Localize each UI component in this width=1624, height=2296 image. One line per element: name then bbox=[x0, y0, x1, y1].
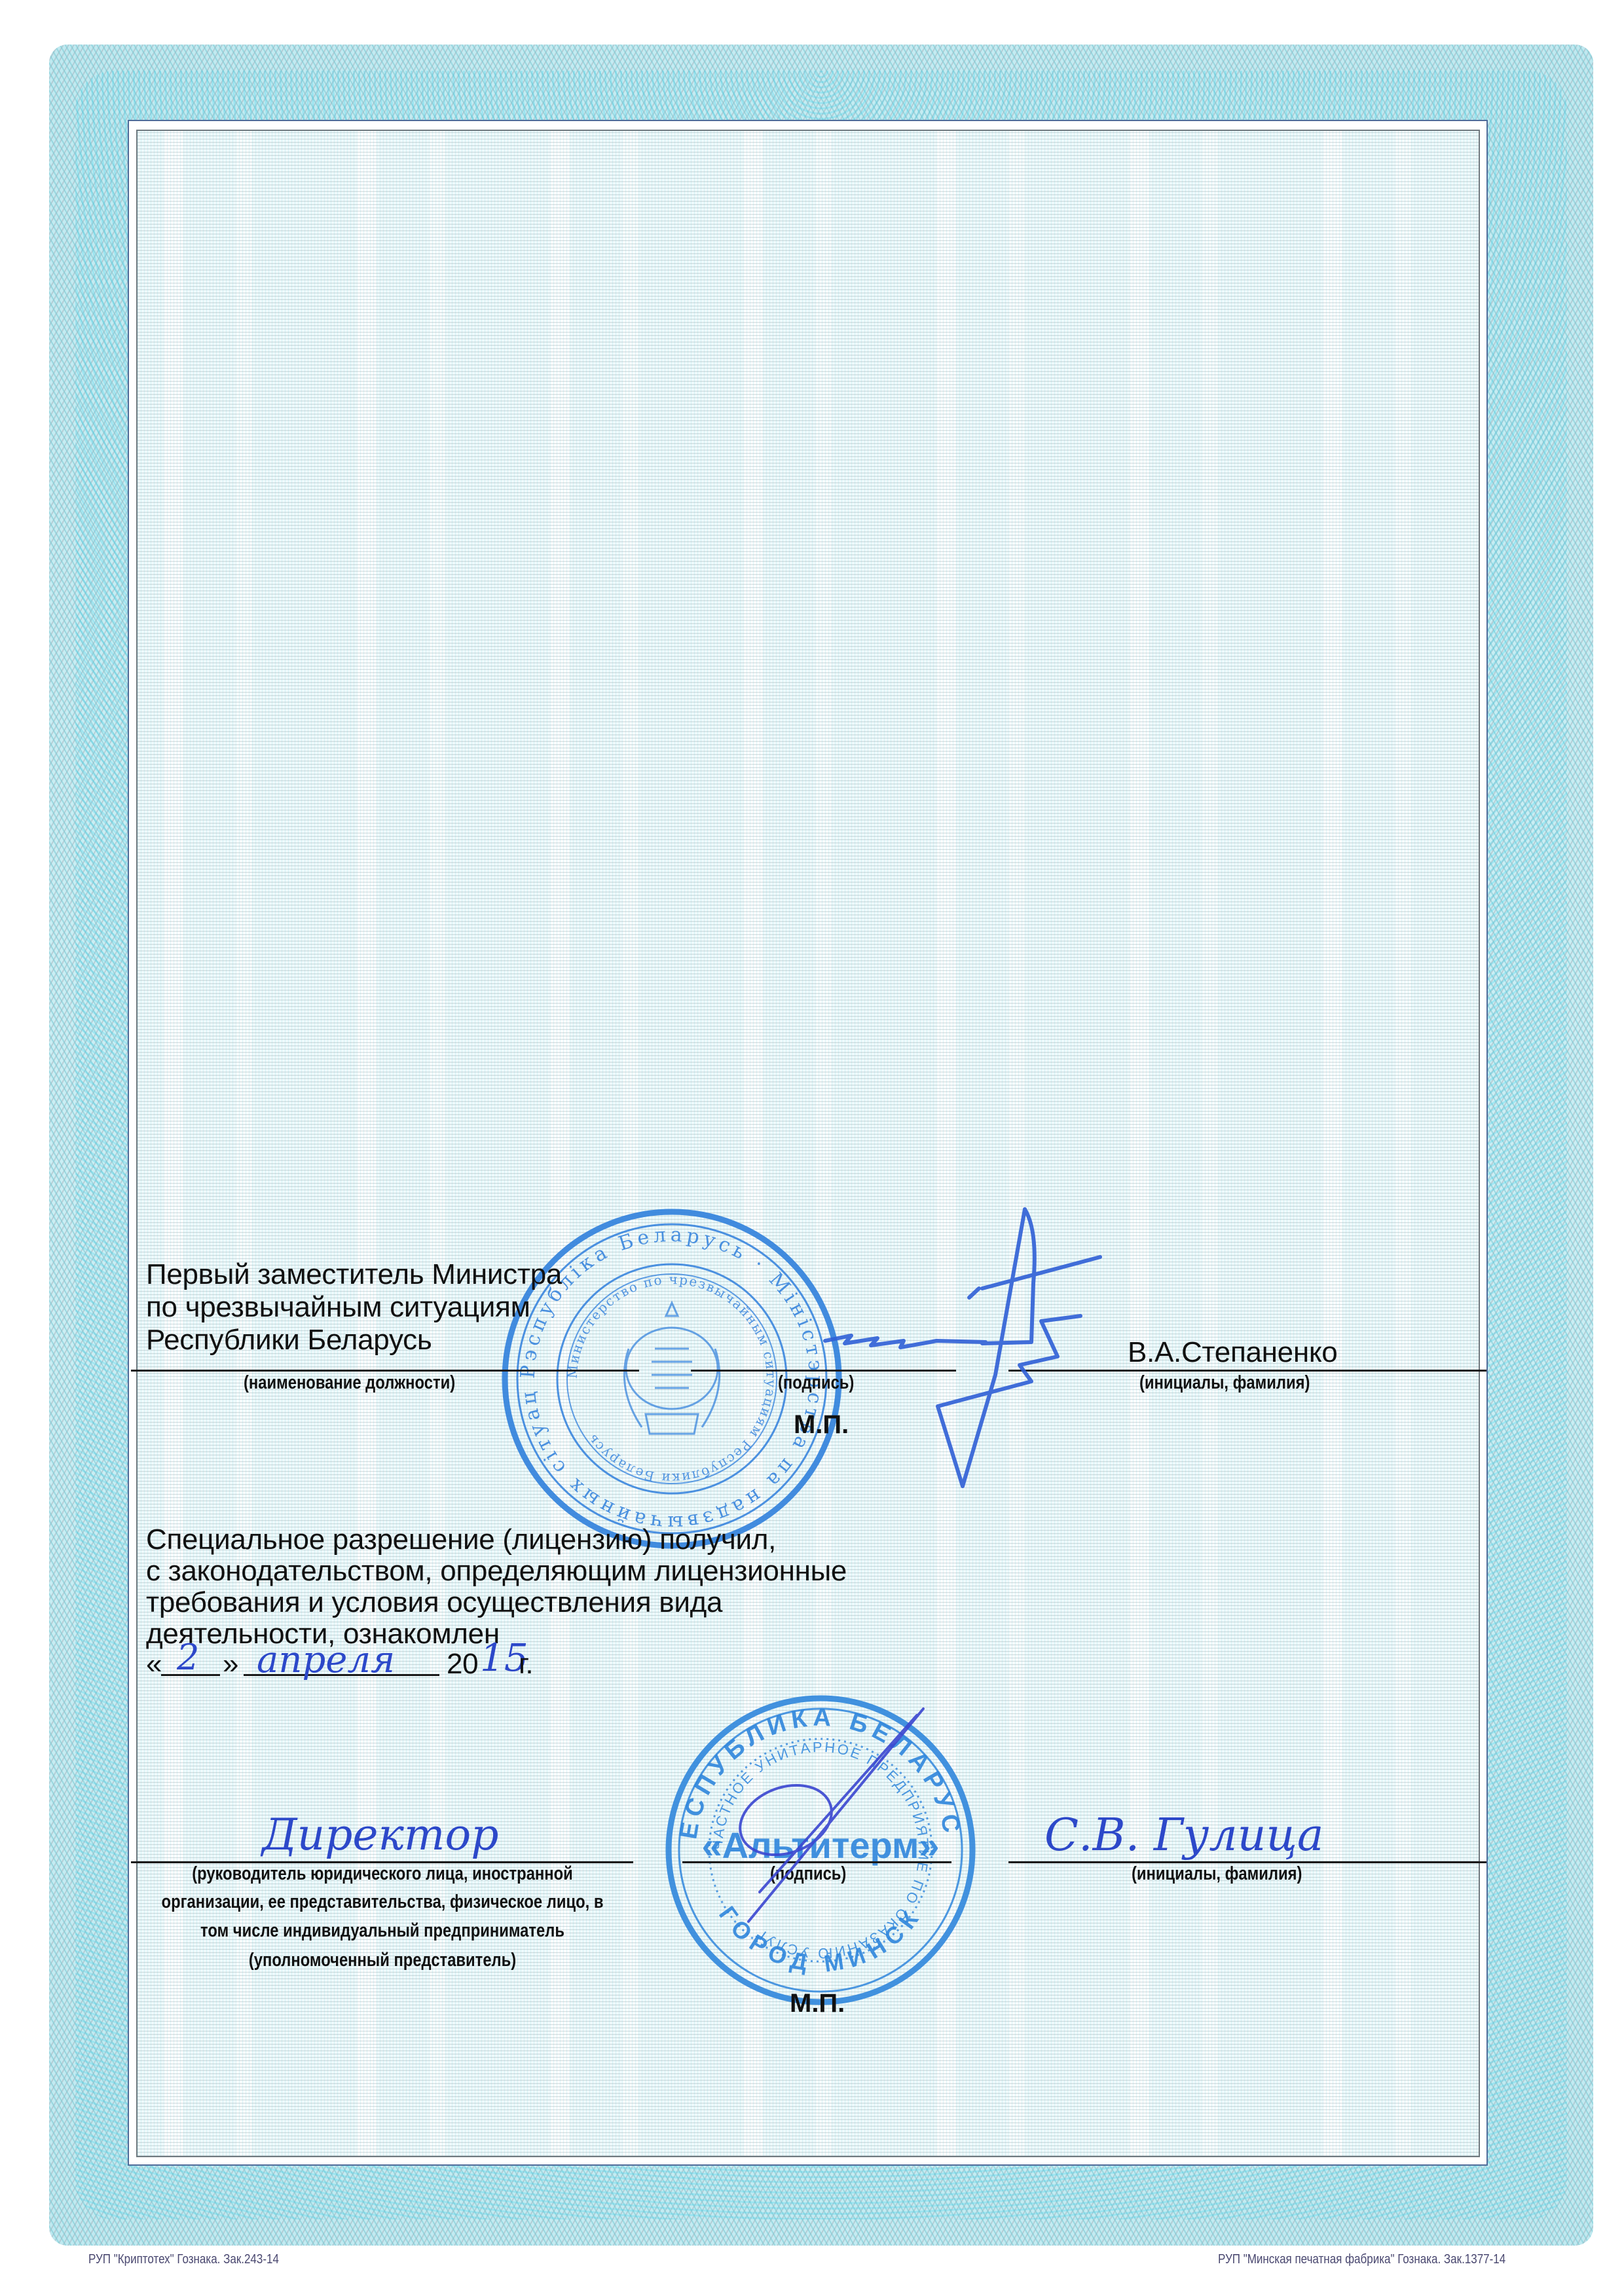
footer-printer-left: РУП "Криптотех" Гознака. Зак.243-14 bbox=[88, 2252, 279, 2267]
signatures-layer bbox=[0, 0, 1624, 2296]
licensee-signature-icon bbox=[730, 1709, 923, 1922]
footer-printer-right: РУП "Минская печатная фабрика" Гознака. … bbox=[1218, 2252, 1505, 2267]
issuer-signature-icon bbox=[825, 1209, 1100, 1486]
